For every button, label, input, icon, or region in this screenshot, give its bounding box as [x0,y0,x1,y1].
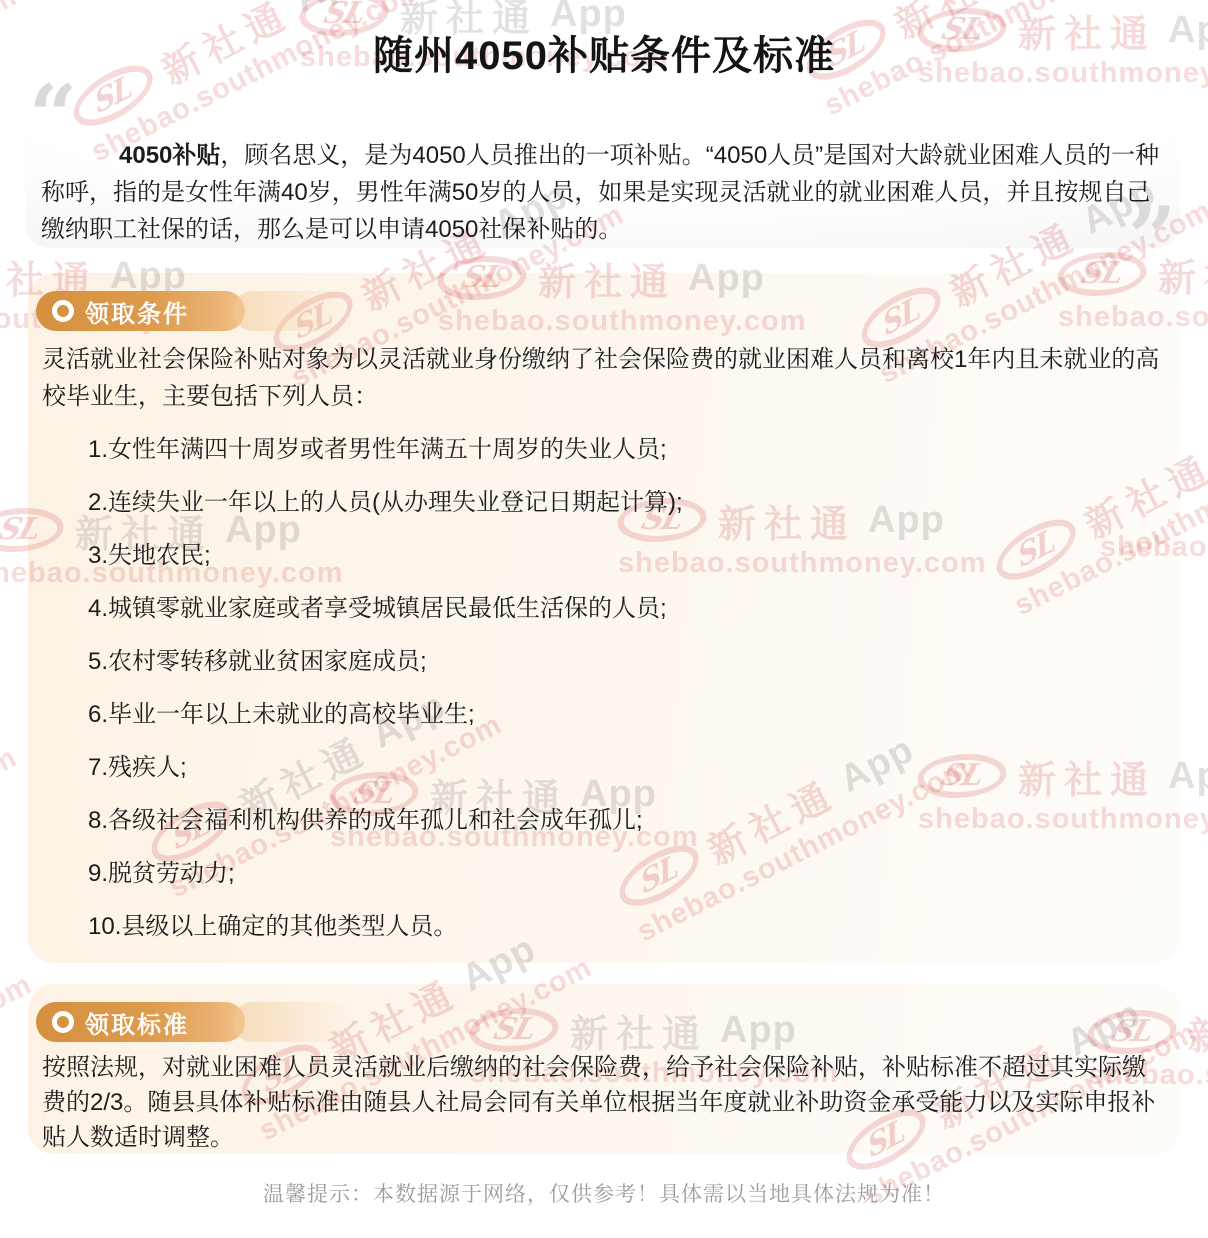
conditions-title: 领取条件 [85,294,189,329]
standards-body: 按照法规，对就业困难人员灵活就业后缴纳的社会保险费，给予社会保险补贴，补贴标准不… [42,1050,1168,1155]
conditions-intro: 灵活就业社会保险补贴对象为以灵活就业身份缴纳了社会保险费的就业困难人员和离校1年… [42,341,1168,415]
conditions-body: 灵活就业社会保险补贴对象为以灵活就业身份缴纳了社会保险费的就业困难人员和离校1年… [42,341,1168,945]
standards-paragraph: 按照法规，对就业困难人员灵活就业后缴纳的社会保险费，给予社会保险补贴，补贴标准不… [42,1050,1168,1155]
article-page: SL新社通App shebao.southmoney.com SL新社通App … [0,0,1208,1238]
standards-section-header: 领取标准 [36,1002,245,1042]
list-item: 7.残疾人; [88,749,1168,786]
list-item: 2.连续失业一年以上的人员(从办理失业登记日期起计算); [88,484,1168,521]
list-item: 10.县级以上确定的其他类型人员。 [88,908,1168,945]
ring-icon [52,1011,74,1033]
list-item: 8.各级社会福利机构供养的成年孤儿和社会成年孤儿; [88,802,1168,839]
list-item: 3.失地农民; [88,537,1168,574]
ring-icon [52,300,74,322]
standards-title: 领取标准 [85,1005,189,1040]
conditions-section-header: 领取条件 [36,291,245,331]
list-item: 5.农村零转移就业贫困家庭成员; [88,643,1168,680]
page-title: 随州4050补贴条件及标准 [0,24,1208,81]
list-item: 9.脱贫劳动力; [88,855,1168,892]
content-layer: 随州4050补贴条件及标准 “ 4050补贴，顾名思义，是为4050人员推出的一… [0,0,1208,1238]
list-item: 6.毕业一年以上未就业的高校毕业生; [88,696,1168,733]
list-item: 4.城镇零就业家庭或者享受城镇居民最低生活保的人员; [88,590,1168,627]
footer-tip: 温馨提示：本数据源于网络，仅供参考！具体需以当地具体法规为准！ [0,1178,1208,1208]
close-quote-icon: ” [1128,196,1176,280]
list-item: 1.女性年满四十周岁或者男性年满五十周岁的失业人员; [88,431,1168,468]
intro-paragraph: 4050补贴，顾名思义，是为4050人员推出的一项补贴。“4050人员”是国对大… [41,137,1165,248]
intro-lead: 4050补贴 [119,142,220,169]
